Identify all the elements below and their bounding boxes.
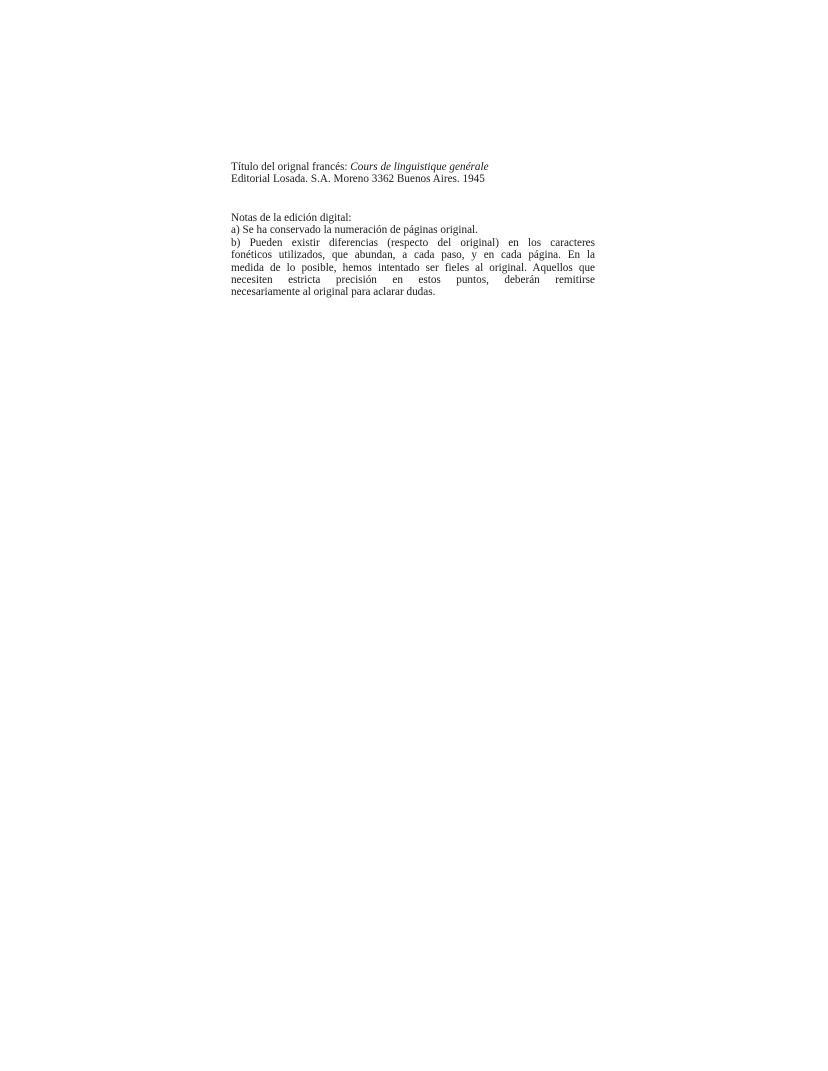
note-b-line-4: necesiten estricta precisión en estos pu… bbox=[231, 274, 595, 286]
note-b-line-1: b) Pueden existir diferencias (respecto … bbox=[231, 237, 595, 249]
document-page: Título del orignal francés: Cours de lin… bbox=[0, 0, 828, 1071]
note-b-line-2: fonéticos utilizados, que abundan, a cad… bbox=[231, 249, 595, 261]
note-b-line-3: medida de lo posible, hemos intentado se… bbox=[231, 262, 595, 274]
original-title-line: Título del orignal francés: Cours de lin… bbox=[231, 161, 595, 173]
digital-edition-notes: Notas de la edición digital: a) Se ha co… bbox=[231, 212, 595, 299]
title-block: Título del orignal francés: Cours de lin… bbox=[231, 161, 595, 186]
notes-heading: Notas de la edición digital: bbox=[231, 212, 595, 224]
original-title-label: Título del orignal francés: bbox=[231, 161, 350, 173]
note-b-line-5: necesariamente al original para aclarar … bbox=[231, 286, 595, 298]
original-title: Cours de linguistique genérale bbox=[350, 161, 488, 173]
note-a: a) Se ha conservado la numeración de pág… bbox=[231, 224, 595, 236]
publisher-line: Editorial Losada. S.A. Moreno 3362 Bueno… bbox=[231, 173, 595, 185]
